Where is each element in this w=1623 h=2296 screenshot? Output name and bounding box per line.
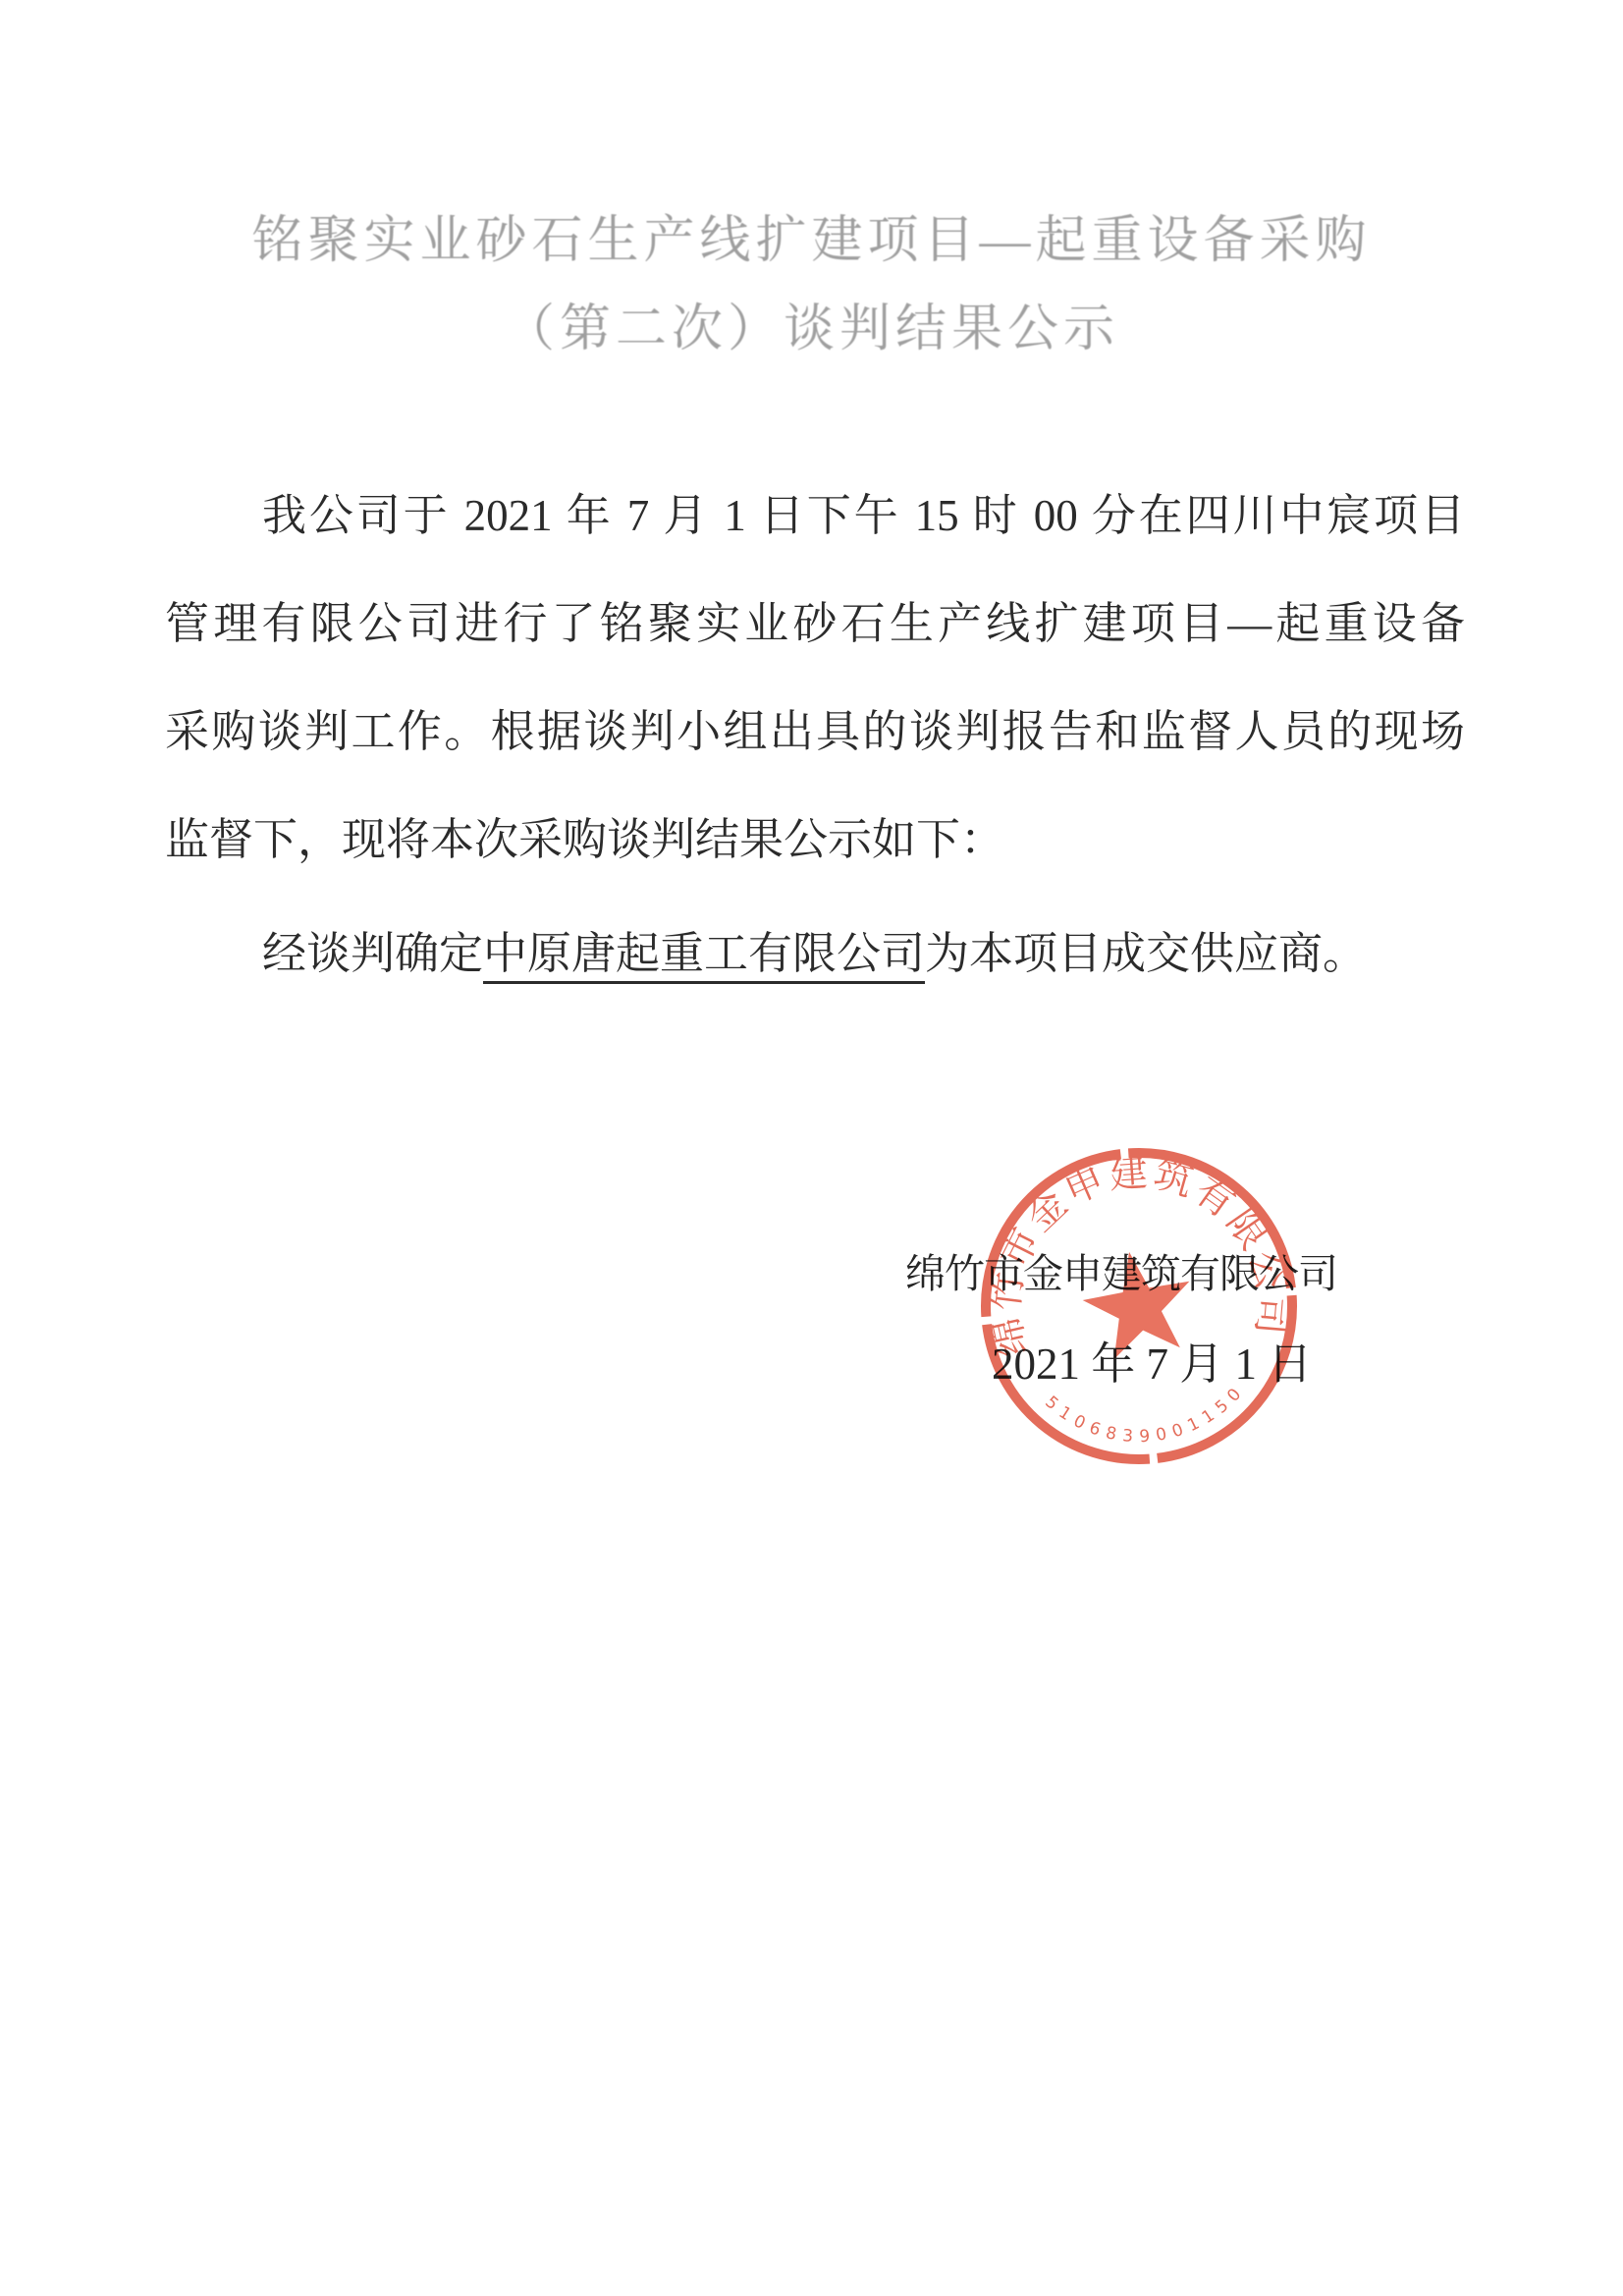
body-line-2: 管理有限公司进行了铭聚实业砂石生产线扩建项目—起重设备 — [165, 570, 1465, 678]
body-paragraphs: 我公司于 2021 年 7 月 1 日下午 15 时 00 分在四川中宸项目 管… — [165, 462, 1465, 1008]
body-line-1: 我公司于 2021 年 7 月 1 日下午 15 时 00 分在四川中宸项目 — [165, 462, 1465, 570]
company-seal: 绵竹市金申建筑有限公司 5106839001150 — [961, 1128, 1318, 1485]
body-line-5: 经谈判确定中原唐起重工有限公司为本项目成交供应商。 — [165, 900, 1465, 1008]
document-title-line1: 铭聚实业砂石生产线扩建项目—起重设备采购 — [0, 198, 1623, 272]
body-line-3: 采购谈判工作。根据谈判小组出具的谈判报告和监督人员的现场 — [165, 678, 1465, 786]
body-line-4: 监督下，现将本次采购谈判结果公示如下： — [165, 786, 1465, 894]
result-sentence-prefix: 经谈判确定 — [262, 929, 483, 978]
seal-star-icon — [1076, 1242, 1201, 1362]
supplier-name-underlined: 中原唐起重工有限公司 — [483, 929, 925, 978]
document-title-line2: （第二次）谈判结果公示 — [0, 287, 1623, 360]
scanned-document-page: 铭聚实业砂石生产线扩建项目—起重设备采购 （第二次）谈判结果公示 我公司于 20… — [0, 0, 1623, 2296]
result-sentence-suffix: 为本项目成交供应商。 — [925, 929, 1367, 978]
